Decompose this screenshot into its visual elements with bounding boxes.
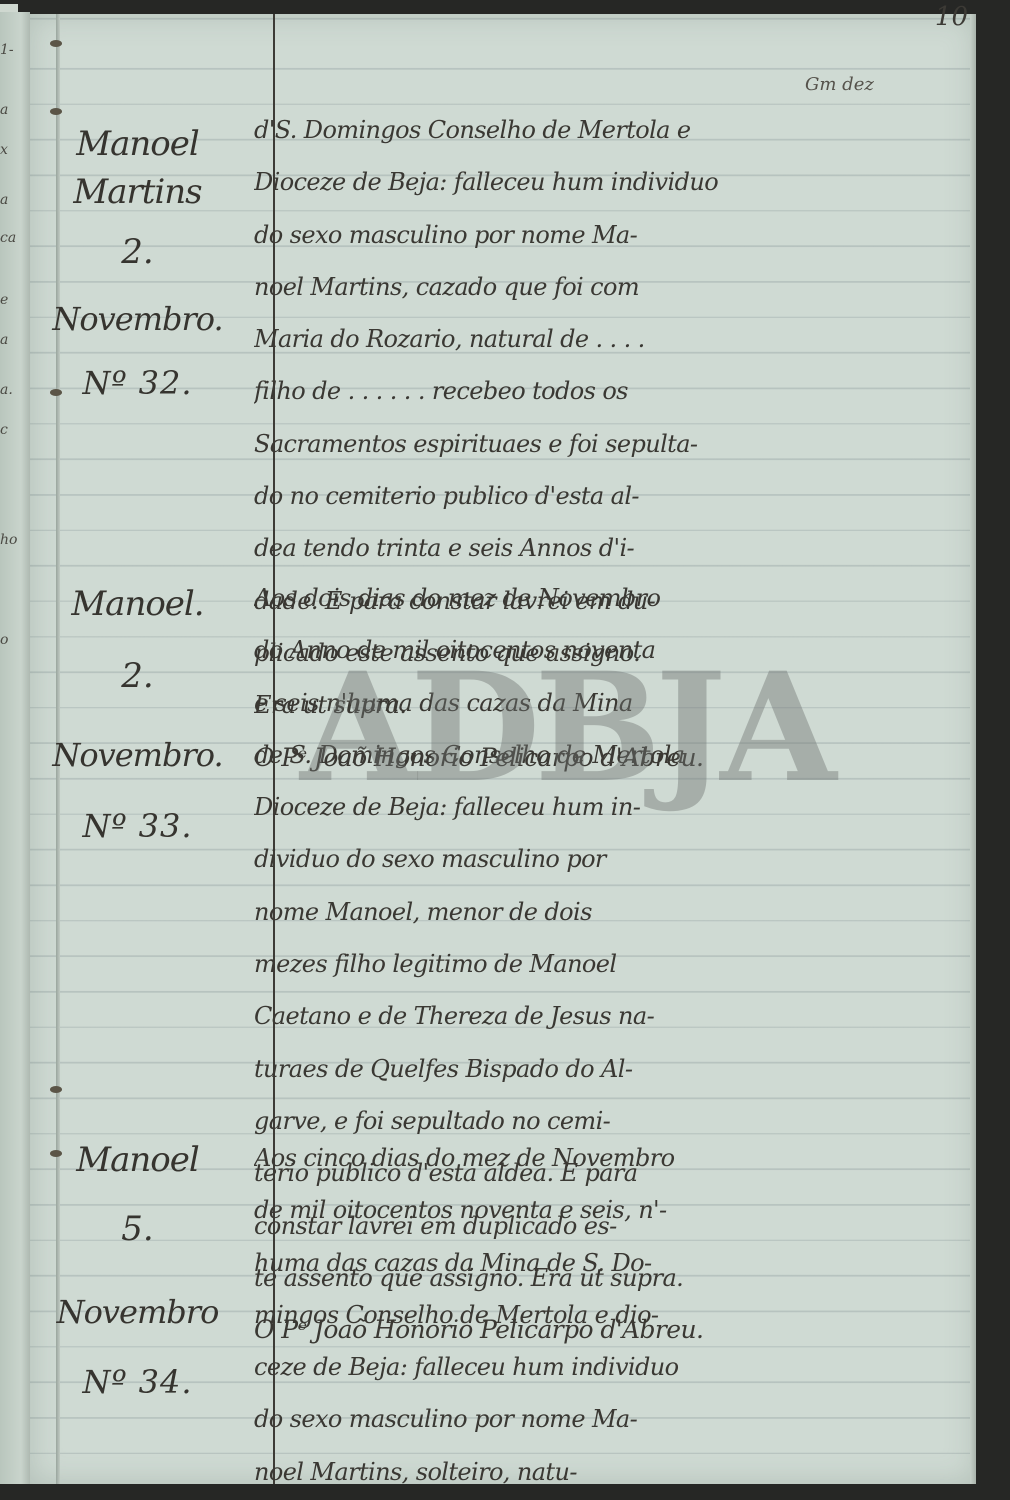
interlinear-note: Gm dez bbox=[805, 74, 874, 95]
entry-line: Aos cinco dias do mez de Novembro bbox=[254, 1132, 934, 1184]
entry-line: dividuo do sexo masculino por bbox=[254, 833, 934, 885]
facing-page-fragment: c bbox=[0, 422, 28, 438]
entry-month: Novembro bbox=[30, 1274, 245, 1350]
entry-text: Aos cinco dias do mez de Novembro de mil… bbox=[254, 1132, 934, 1498]
entry-day: 5. bbox=[30, 1184, 245, 1274]
entry-number: Nº 32. bbox=[30, 350, 245, 416]
deceased-surname: Martins bbox=[30, 168, 245, 216]
entry-number: Nº 34. bbox=[30, 1350, 245, 1414]
entry-line: Aos dois dias do mez de Novembro bbox=[254, 572, 934, 624]
facing-page-fragment: x bbox=[0, 142, 28, 158]
entry-margin: Manoel Martins 2. Novembro. Nº 32. bbox=[30, 120, 245, 416]
entry-line: nome Manoel, menor de dois bbox=[254, 886, 934, 938]
facing-page-fragment: e bbox=[0, 292, 28, 308]
deceased-name: Manoel. bbox=[30, 580, 245, 628]
entry-line: d'S. Domingos Conselho de Mertola e bbox=[254, 104, 934, 156]
page-edge bbox=[970, 14, 976, 1484]
entry-month: Novembro. bbox=[30, 724, 245, 786]
facing-page-fragment: a. bbox=[0, 382, 28, 398]
facing-page-fragment: ca bbox=[0, 230, 28, 246]
facing-page-fragment: ho bbox=[0, 532, 28, 548]
entry-line: Dioceze de Beja: falleceu hum in- bbox=[254, 781, 934, 833]
page-number: 10 bbox=[935, 2, 968, 32]
deceased-name: Manoel bbox=[30, 120, 245, 168]
entry-line: do no cemiterio publico d'esta al- bbox=[254, 470, 934, 522]
entry-line: do sexo masculino por nome Ma- bbox=[254, 209, 934, 261]
entry-line: mezes filho legitimo de Manoel bbox=[254, 938, 934, 990]
entry-line: Caetano e de Thereza de Jesus na- bbox=[254, 990, 934, 1042]
entry-margin: Manoel. 2. Novembro. Nº 33. bbox=[30, 580, 245, 866]
entry-line: noel Martins, solteiro, natu- bbox=[254, 1446, 934, 1498]
entry-line: Sacramentos espirituaes e foi sepulta- bbox=[254, 418, 934, 470]
entry-line: Dioceze de Beja: falleceu hum individuo bbox=[254, 156, 934, 208]
binding-hole bbox=[50, 40, 62, 47]
entry-line: noel Martins, cazado que foi com bbox=[254, 261, 934, 313]
entry-line: huma das cazas da Mina de S. Do- bbox=[254, 1237, 934, 1289]
entry-month: Novembro. bbox=[30, 288, 245, 350]
entry-line: do sexo masculino por nome Ma- bbox=[254, 1393, 934, 1445]
binding-hole bbox=[50, 108, 62, 115]
entry-line: turaes de Quelfes Bispado do Al- bbox=[254, 1043, 934, 1095]
entry-line: Maria do Rozario, natural de . . . . bbox=[254, 313, 934, 365]
facing-page-fragment: a bbox=[0, 102, 28, 118]
entry-line: filho de . . . . . . recebeo todos os bbox=[254, 365, 934, 417]
entry-number: Nº 33. bbox=[30, 786, 245, 866]
entry-line: dea tendo trinta e seis Annos d'i- bbox=[254, 522, 934, 574]
entry-line: e seis n'huma das cazas da Mina bbox=[254, 677, 934, 729]
entry-line: de S. Domingos Conselho de Mertola bbox=[254, 729, 934, 781]
facing-page-edge: 1- a x a ca e a a. c ho o bbox=[0, 12, 30, 1484]
entry-line: de mil oitocentos noventa e seis, n'- bbox=[254, 1184, 934, 1236]
facing-page-fragment: o bbox=[0, 632, 28, 648]
deceased-name: Manoel bbox=[30, 1136, 245, 1184]
entry-line: mingos Conselho de Mertola e dio- bbox=[254, 1289, 934, 1341]
entry-line: ceze de Beja: falleceu hum individuo bbox=[254, 1341, 934, 1393]
binding-hole bbox=[50, 1086, 62, 1093]
entry-day: 2. bbox=[30, 216, 245, 288]
facing-page-fragment: 1- bbox=[0, 42, 28, 58]
facing-page-fragment: a bbox=[0, 192, 28, 208]
facing-page-fragment: a bbox=[0, 332, 28, 348]
entry-margin: Manoel 5. Novembro Nº 34. bbox=[30, 1136, 245, 1414]
entry-line: do Anno de mil oitocentos noventa bbox=[254, 624, 934, 676]
entry-day: 2. bbox=[30, 628, 245, 724]
